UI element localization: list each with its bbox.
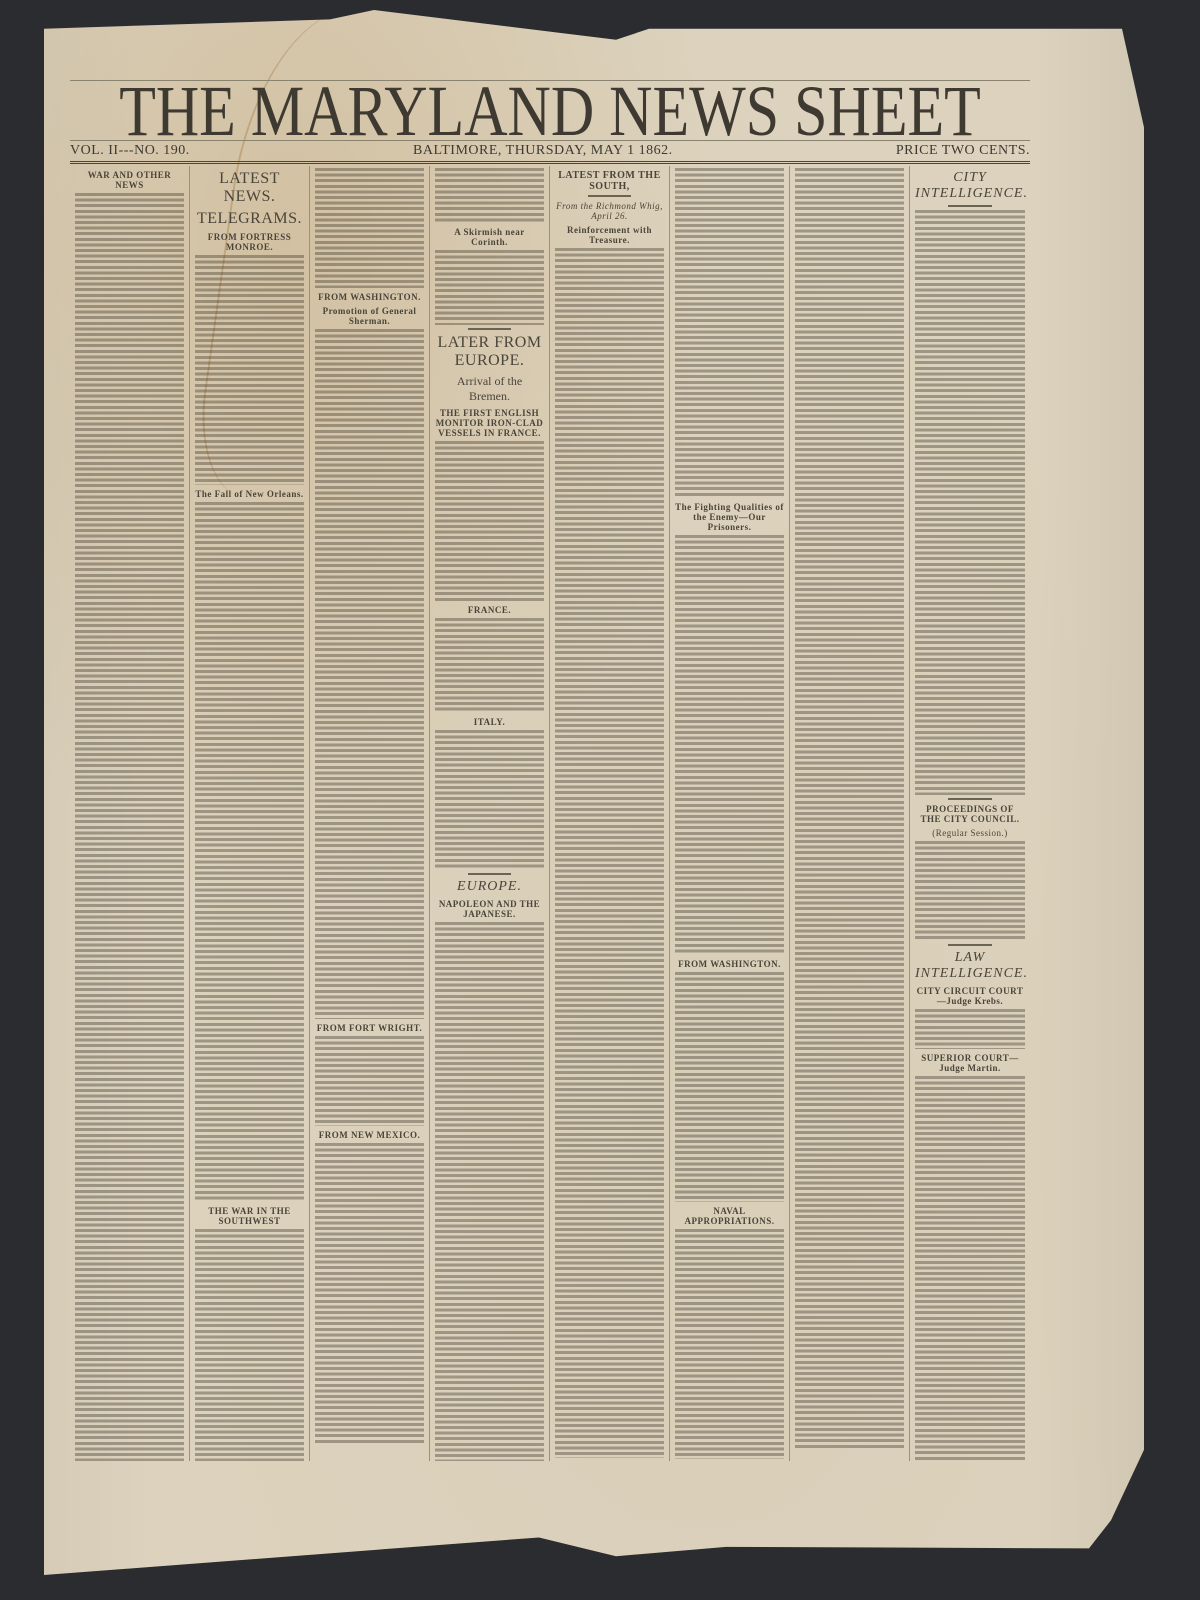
article-columns: WAR AND OTHER NEWS LATEST NEWS. TELEGRAM…	[70, 166, 1030, 1461]
article-heading: FROM FORTRESS MONROE.	[195, 232, 304, 252]
article-body	[675, 1229, 784, 1459]
article-body	[315, 168, 424, 288]
column-8: CITY INTELLIGENCE. PROCEEDINGS OF THE CI…	[910, 166, 1030, 1461]
section-heading: LATER FROM EUROPE.	[435, 334, 544, 370]
price: PRICE TWO CENTS.	[896, 143, 1030, 159]
article-body	[435, 730, 544, 870]
article-body	[435, 441, 544, 601]
article-subheading: Arrival of the Bremen.	[435, 374, 544, 404]
column-3: FROM WASHINGTON. Promotion of General Sh…	[310, 166, 430, 1461]
article-heading: CITY CIRCUIT COURT—Judge Krebs.	[915, 986, 1025, 1006]
column-4: A Skirmish near Corinth. LATER FROM EURO…	[430, 166, 550, 1461]
article-heading: FRANCE.	[435, 605, 544, 615]
article-body	[675, 168, 784, 498]
section-heading: TELEGRAMS.	[195, 210, 304, 228]
article-body	[315, 1036, 424, 1126]
divider	[948, 205, 992, 207]
section-heading: CITY INTELLIGENCE.	[915, 170, 1025, 202]
article-heading: FROM NEW MEXICO.	[315, 1130, 424, 1140]
article-body	[435, 618, 544, 713]
article-heading: FROM WASHINGTON.	[675, 959, 784, 969]
article-heading: NAVAL APPROPRIATIONS.	[675, 1206, 784, 1226]
section-heading: LAW INTELLIGENCE.	[915, 950, 1025, 982]
article-heading: The Fall of New Orleans.	[195, 489, 304, 499]
article-heading: The Fighting Qualities of the Enemy—Our …	[675, 502, 784, 532]
article-body	[915, 841, 1025, 941]
column-6: The Fighting Qualities of the Enemy—Our …	[670, 166, 790, 1461]
dateline-bar: VOL. II---NO. 190. BALTIMORE, THURSDAY, …	[70, 140, 1030, 164]
section-heading: EUROPE.	[435, 879, 544, 895]
column-1: WAR AND OTHER NEWS	[70, 166, 190, 1461]
article-body	[555, 248, 664, 1458]
article-subheading: Reinforcement with Treasure.	[555, 225, 664, 245]
article-heading: THE FIRST ENGLISH MONITOR IRON-CLAD VESS…	[435, 408, 544, 438]
article-body	[195, 502, 304, 1202]
column-2: LATEST NEWS. TELEGRAMS. FROM FORTRESS MO…	[190, 166, 310, 1461]
section-heading: WAR AND OTHER NEWS	[75, 170, 184, 190]
article-heading: FROM WASHINGTON.	[315, 292, 424, 302]
divider	[468, 873, 512, 875]
article-body	[435, 250, 544, 325]
article-body	[195, 255, 304, 485]
article-heading: NAPOLEON AND THE JAPANESE.	[435, 899, 544, 919]
article-heading: PROCEEDINGS OF THE CITY COUNCIL.	[915, 804, 1025, 824]
divider	[588, 195, 632, 197]
divider	[948, 798, 992, 800]
article-heading: ITALY.	[435, 717, 544, 727]
article-subheading: (Regular Session.)	[915, 828, 1025, 838]
article-body	[195, 1229, 304, 1461]
article-body	[915, 210, 1025, 795]
article-body	[435, 922, 544, 1461]
column-7	[790, 166, 910, 1461]
section-heading: LATEST FROM THE SOUTH,	[555, 170, 664, 192]
article-subheading: From the Richmond Whig, April 26.	[555, 201, 664, 221]
masthead: THE MARYLAND NEWS SHEET	[70, 80, 1030, 141]
article-body	[75, 193, 184, 1461]
article-subheading: Promotion of General Sherman.	[315, 306, 424, 326]
article-body	[675, 535, 784, 955]
article-body	[915, 1076, 1025, 1461]
article-heading: SUPERIOR COURT—Judge Martin.	[915, 1053, 1025, 1073]
article-heading: A Skirmish near Corinth.	[435, 227, 544, 247]
divider	[948, 944, 992, 946]
volume-number: VOL. II---NO. 190.	[70, 143, 190, 159]
article-body	[315, 329, 424, 1019]
article-body	[315, 1143, 424, 1443]
publication-date: BALTIMORE, THURSDAY, MAY 1 1862.	[413, 143, 673, 159]
divider	[468, 328, 512, 330]
article-heading: FROM FORT WRIGHT.	[315, 1023, 424, 1033]
article-body	[795, 168, 904, 1448]
column-5: LATEST FROM THE SOUTH, From the Richmond…	[550, 166, 670, 1461]
article-body	[675, 972, 784, 1202]
section-heading: LATEST NEWS.	[195, 170, 304, 206]
article-heading: THE WAR IN THE SOUTHWEST	[195, 1206, 304, 1226]
article-body	[435, 168, 544, 223]
article-body	[915, 1009, 1025, 1049]
